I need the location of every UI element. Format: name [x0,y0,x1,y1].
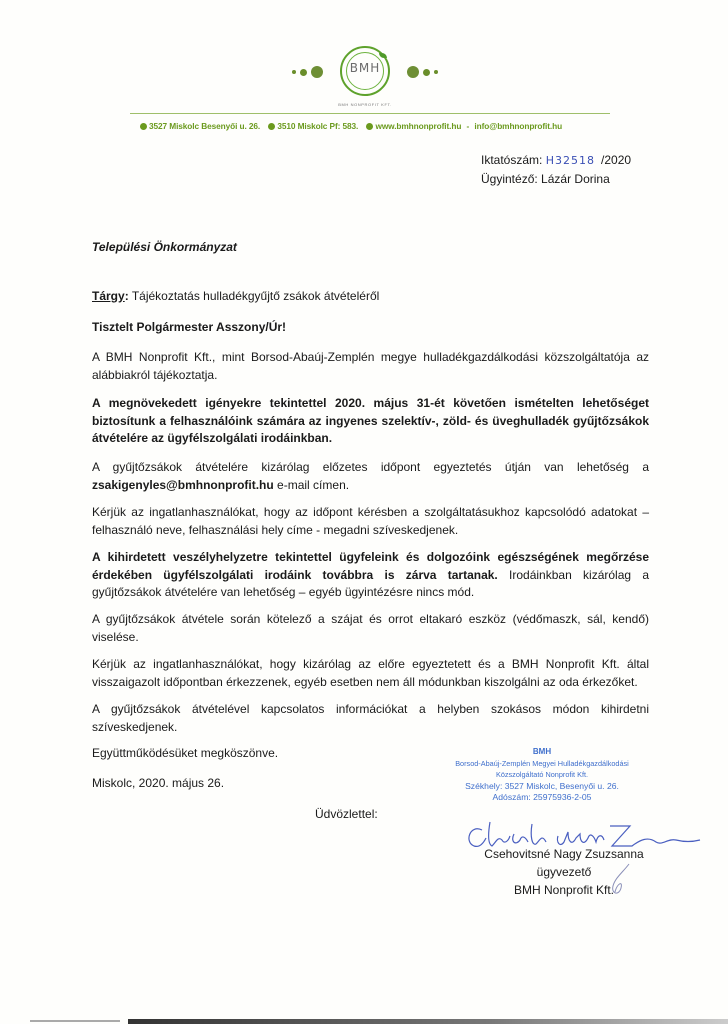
paragraph-confirmed-time: Kérjük az ingatlanhasználókat, hogy kizá… [92,656,649,691]
logo-dots-left-icon [292,66,323,78]
iktatoszam-handwritten: H32518 [546,151,598,170]
contact-email[interactable]: info@bmhnonprofit.hu [474,121,562,131]
stamp-line2: Közszolgáltató Nonprofit Kft. [428,769,656,781]
iktatoszam-row: Iktatószám: H32518 /2020 [481,151,631,170]
paragraph-offices-closed: A kihirdetett veszélyhelyzetre tekintett… [92,549,649,602]
bmh-logo: BMH BMH NONPROFIT KFT. [292,44,438,104]
contact-line: 3527 Miskolc Besenyői u. 26. 3510 Miskol… [140,121,562,131]
paragraph-mask-requirement: A gyűjtőzsákok átvétele során kötelező a… [92,611,649,646]
stamp-line3: Székhely: 3527 Miskolc, Besenyői u. 26. [428,781,656,793]
scan-edge-left [30,1020,120,1022]
iktatoszam-label: Iktatószám: [481,153,542,167]
subject-colon: : [125,289,129,303]
ugyintezo-name: Lázár Dorina [541,172,610,186]
mail-icon [268,123,275,130]
logo-dots-right-icon [407,66,438,78]
logo-ring-icon: BMH [340,46,390,96]
appointment-text-end: e-mail címen. [274,478,349,492]
paragraph-intro: A BMH Nonprofit Kft., mint Borsod-Abaúj-… [92,349,649,384]
globe-icon [366,123,373,130]
greeting: Üdvözlettel: [315,807,378,821]
addressee: Települési Önkormányzat [92,240,237,254]
iktatoszam-year: /2020 [601,153,631,167]
location-icon [140,123,147,130]
scan-edge [128,1019,728,1024]
paragraph-request-data: Kérjük az ingatlanhasználókat, hogy az i… [92,504,649,539]
logo-text: BMH [342,61,388,75]
subject-text: Tájékoztatás hulladékgyűjtő zsákok átvét… [132,289,379,303]
salutation: Tisztelt Polgármester Asszony/Úr! [92,320,286,334]
company-stamp: BMH Borsod-Abaúj-Zemplén Megyei Hulladék… [428,746,656,804]
ugyintezo-label: Ügyintéző: [481,172,538,186]
header-divider [130,113,610,114]
appointment-text: A gyűjtőzsákok átvételére kizárólag előz… [92,460,649,474]
paragraph-announcement: A megnövekedett igényekre tekintettel 20… [92,395,649,448]
contact-address: 3527 Miskolc Besenyői u. 26. [149,121,260,131]
logo-subtitle: BMH NONPROFIT KFT. [292,102,438,107]
letter-page: BMH BMH NONPROFIT KFT. 3527 Miskolc Bese… [0,0,728,1024]
appointment-email-link[interactable]: zsakigenyles@bmhnonprofit.hu [92,478,274,492]
leaf-icon [379,53,387,58]
contact-po-box: 3510 Miskolc Pf: 583. [277,121,358,131]
stamp-line4: Adószám: 25975936-2-05 [428,792,656,804]
signer-name: Csehovitsné Nagy Zsuzsanna [476,845,652,863]
ugyintezo-row: Ügyintéző: Lázár Dorina [481,170,631,189]
closing-thanks: Együttműködésüket megköszönve. [92,746,278,760]
subject-label: Tárgy [92,289,125,303]
stamp-title: BMH [428,746,656,758]
reference-block: Iktatószám: H32518 /2020 Ügyintéző: Lázá… [481,151,631,189]
initial-mark-icon [605,862,635,898]
subject-line: Tárgy: Tájékoztatás hulladékgyűjtő zsáko… [92,289,379,303]
paragraph-publish-info: A gyűjtőzsákok átvételével kapcsolatos i… [92,701,649,736]
contact-separator: - [467,121,470,131]
contact-website[interactable]: www.bmhnonprofit.hu [375,121,461,131]
place-date: Miskolc, 2020. május 26. [92,776,224,790]
paragraph-appointment: A gyűjtőzsákok átvételére kizárólag előz… [92,459,649,494]
stamp-line1: Borsod-Abaúj-Zemplén Megyei Hulladékgazd… [428,758,656,770]
